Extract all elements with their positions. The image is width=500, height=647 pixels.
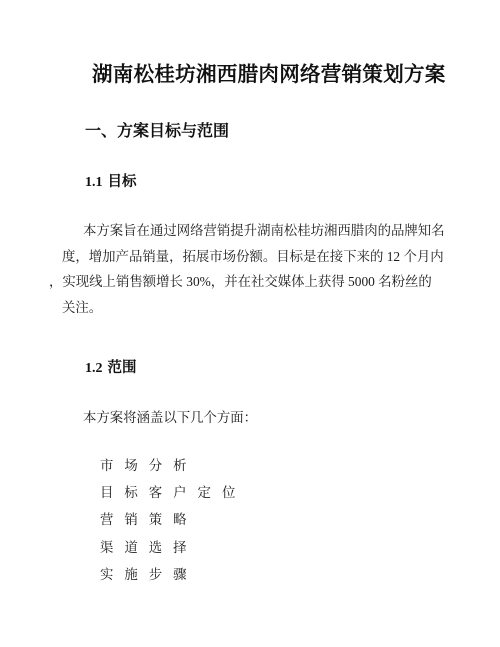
subsection-label: 范围 [108, 360, 137, 376]
list-item: 市场分析 [100, 452, 246, 479]
document-page: 湖南松桂坊湘西腊肉网络营销策划方案 一、方案目标与范围 1.1目标 本方案旨在通… [0, 0, 500, 647]
subsection-label: 目标 [108, 174, 137, 190]
paragraph-line: ，实现线上销售额增长 30%，并在社交媒体上获得 5000 名粉丝的 [49, 269, 445, 295]
paragraph-line: 关注。 [62, 295, 445, 321]
scope-lead-sentence: 本方案将涵盖以下几个方面： [83, 407, 257, 426]
goal-paragraph: 本方案旨在通过网络营销提升湖南松桂坊湘西腊肉的品牌知名 度，增加产品销量，拓展市… [62, 218, 445, 320]
subsection-number: 1.2 [85, 361, 103, 376]
subsection-number: 1.1 [85, 175, 103, 190]
section-heading: 一、方案目标与范围 [85, 118, 229, 141]
subsection-heading-1-1: 1.1目标 [85, 170, 137, 191]
list-item: 实施步骤 [100, 561, 246, 588]
subsection-heading-1-2: 1.2范围 [85, 356, 137, 377]
paragraph-line: 本方案旨在通过网络营销提升湖南松桂坊湘西腊肉的品牌知名 [62, 218, 445, 244]
document-title: 湖南松桂坊湘西腊肉网络营销策划方案 [92, 57, 446, 87]
scope-list: 市场分析 目标客户定位 营销策略 渠道选择 实施步骤 [100, 452, 246, 588]
list-item: 渠道选择 [100, 534, 246, 561]
list-item: 营销策略 [100, 506, 246, 533]
paragraph-line: 度，增加产品销量，拓展市场份额。目标是在接下来的 12 个月内 [62, 244, 445, 270]
list-item: 目标客户定位 [100, 479, 246, 506]
